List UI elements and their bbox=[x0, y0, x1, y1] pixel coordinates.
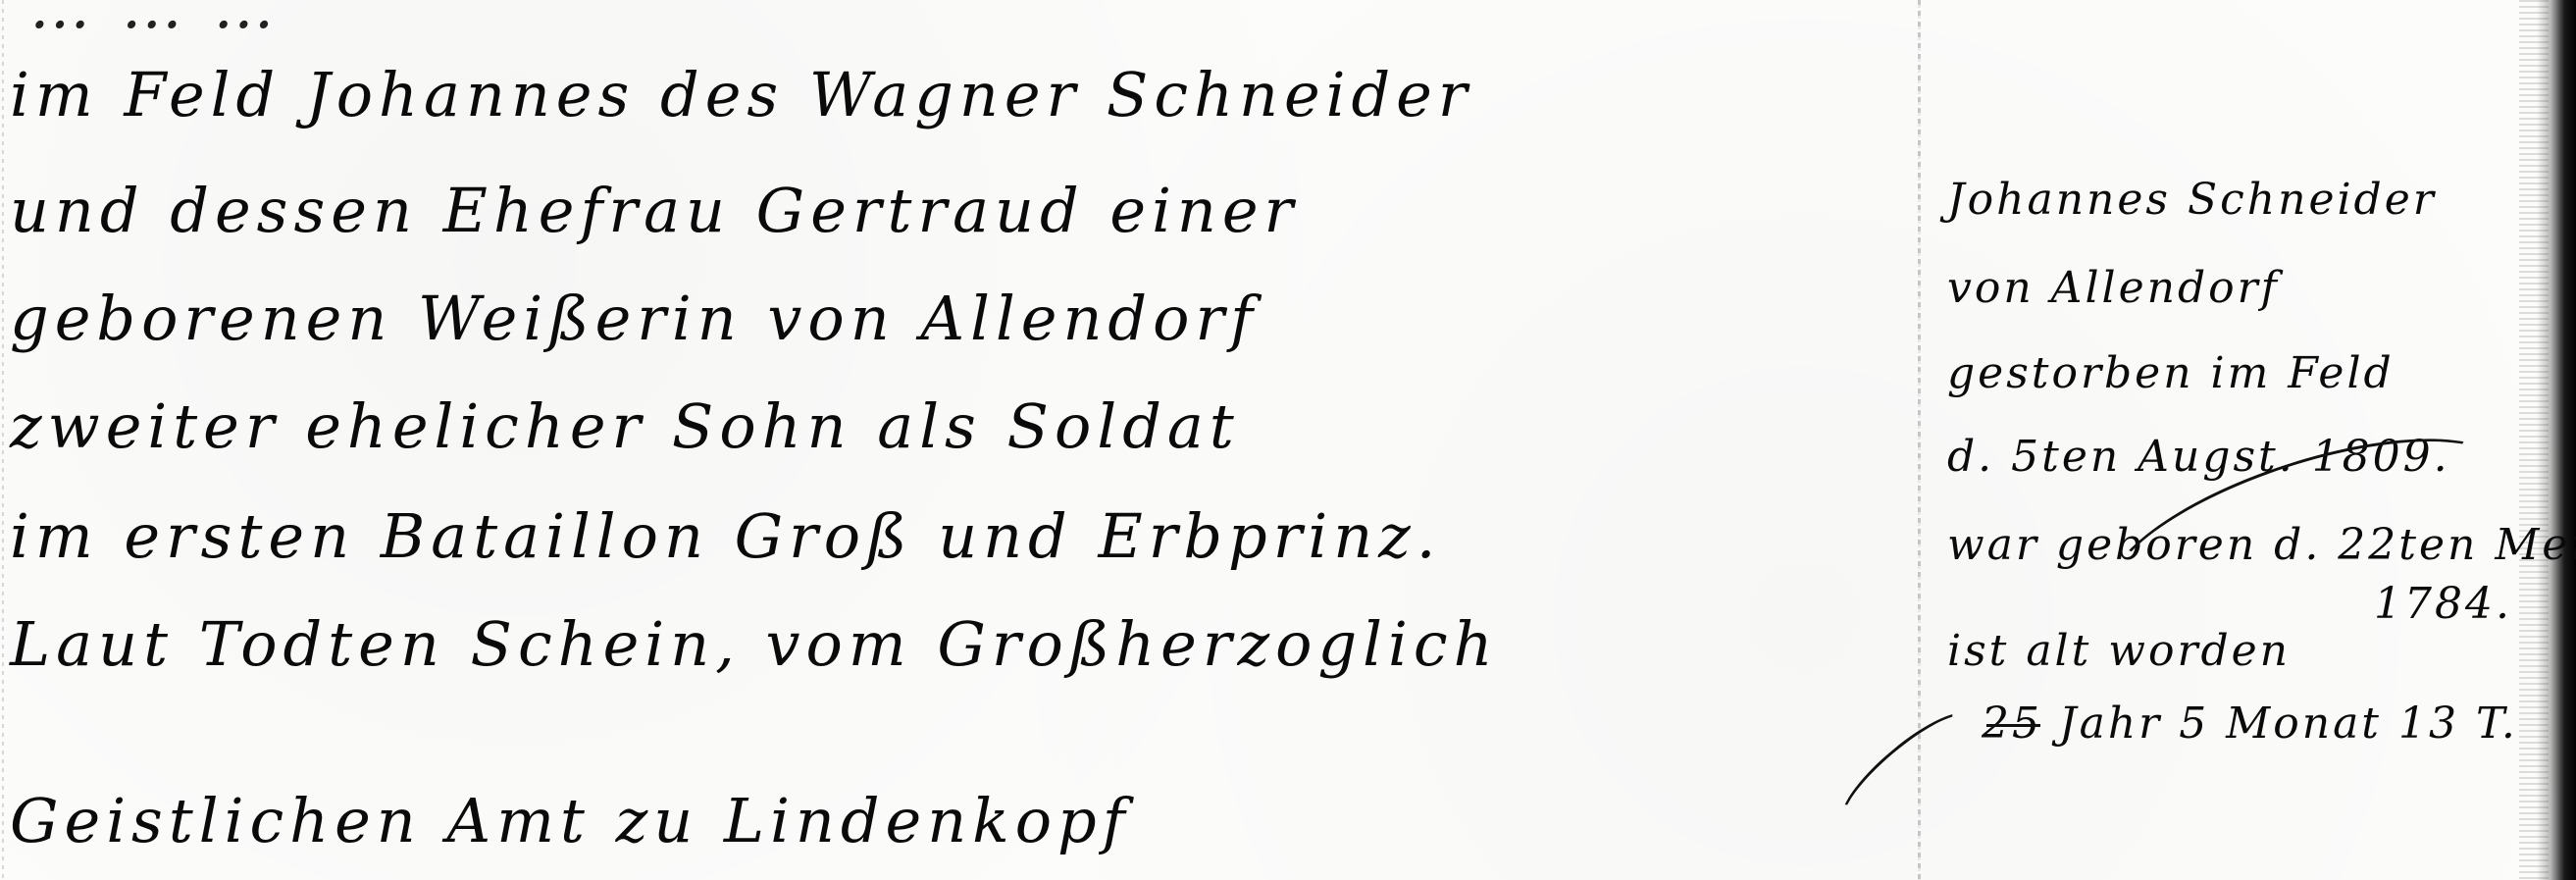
entry-line: geborenen Weißerin von Allendorf bbox=[10, 283, 1259, 354]
entry-line-partial-bottom: Geistlichen Amt zu Lindenkopf bbox=[10, 785, 1131, 856]
entry-line: und dessen Ehefrau Gertraud einer bbox=[10, 175, 1299, 246]
margin-death-place: gestorben im Feld bbox=[1947, 348, 2395, 398]
entry-line-partial-top: … … … bbox=[29, 0, 280, 42]
handwriting-dash bbox=[1986, 724, 2040, 727]
scanned-register-page: … … … im Feld Johannes des Wagner Schnei… bbox=[0, 0, 2576, 880]
margin-origin: von Allendorf bbox=[1947, 263, 2280, 313]
margin-age-value: 25 Jahr 5 Monat 13 T. bbox=[1982, 699, 2518, 749]
entry-line: im ersten Bataillon Groß und Erbprinz. bbox=[10, 500, 1442, 572]
entry-line: zweiter ehelicher Sohn als Soldat bbox=[10, 390, 1240, 462]
handwriting-flourish bbox=[1829, 699, 1984, 838]
margin-age-label: ist alt worden bbox=[1947, 626, 2291, 676]
entry-line: im Feld Johannes des Wagner Schneider bbox=[10, 59, 1473, 130]
binding-shadow-texture bbox=[2519, 0, 2549, 880]
entry-line: Laut Todten Schein, vom Großherzoglich bbox=[10, 608, 1499, 680]
margin-birth-year: 1784. bbox=[2374, 579, 2512, 629]
margin-name: Johannes Schneider bbox=[1947, 175, 2437, 225]
left-edge-rule bbox=[2, 0, 4, 880]
